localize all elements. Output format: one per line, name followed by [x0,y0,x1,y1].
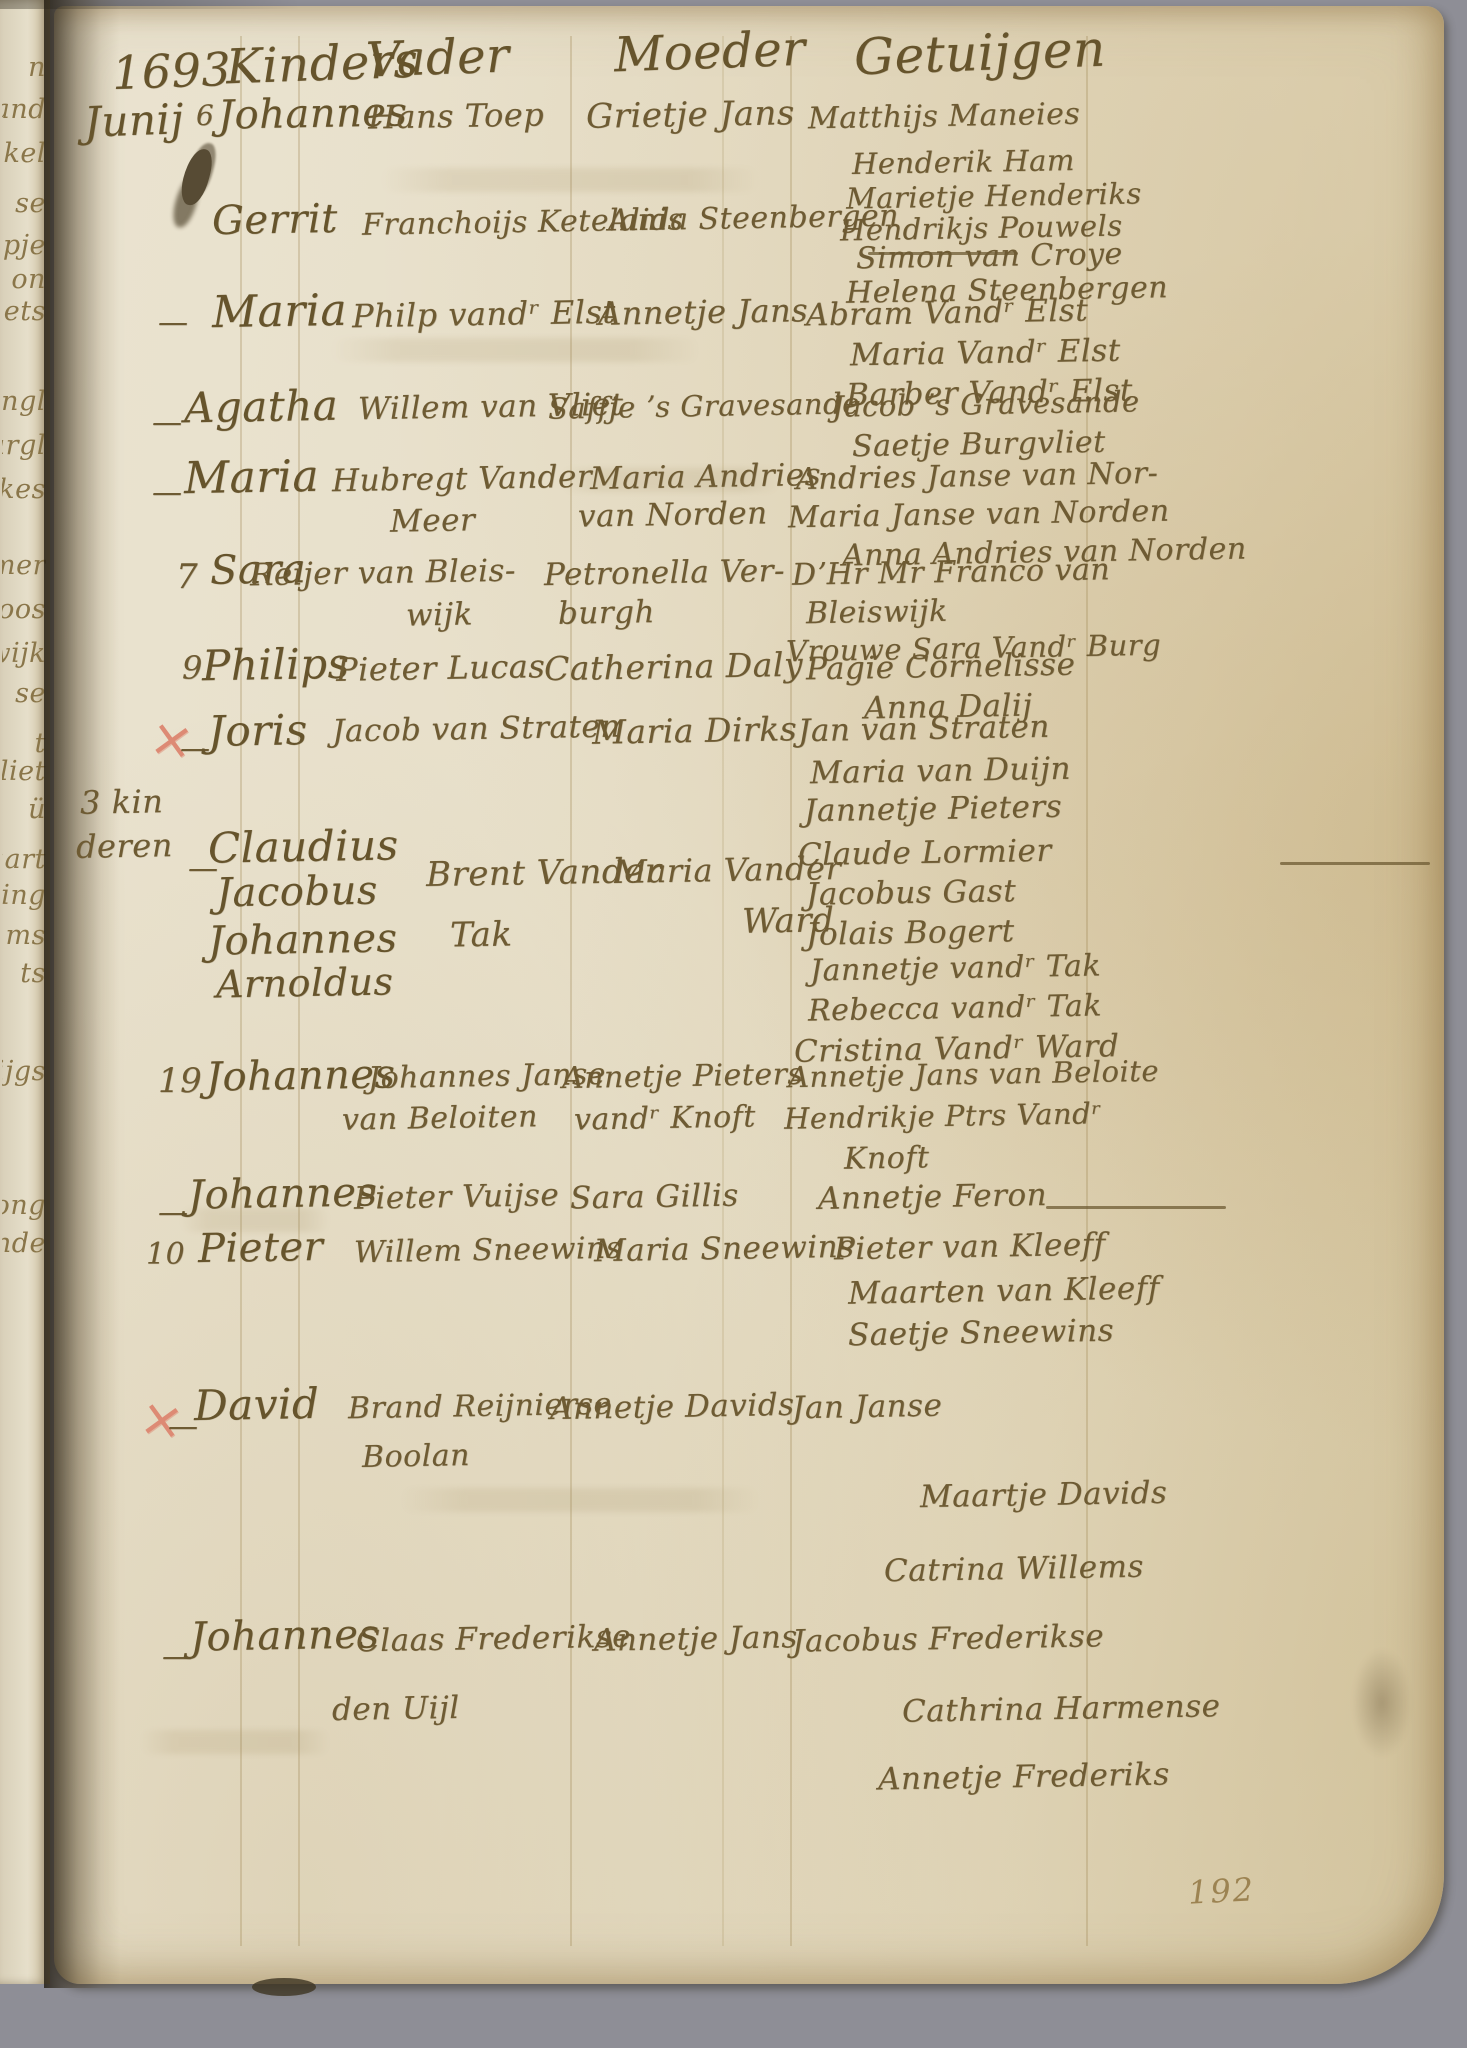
witness-name: Jan van Straten [798,712,1050,747]
father-name: wijk [406,599,473,631]
father-name: Boolan [362,1441,470,1473]
child-name: Maria [212,289,348,335]
witness-name: Jannetje Pieters [804,792,1063,827]
column-header-vader: Vader [365,32,510,85]
father-name: Reijer van Bleis- [250,556,516,592]
witness-name: Maria Janse van Norden [788,497,1170,534]
child-name: Claudius [208,824,399,869]
child-name: Pieter [198,1227,324,1269]
bleed-through [330,338,700,362]
witness-name: Jacob ʼs Gravesande [832,387,1140,421]
father-name: Pieter Vuijse [354,1180,560,1215]
witness-name: Cathrina Harmense [902,1691,1221,1728]
witness-name: Rebecca vandʳ Tak [808,991,1102,1026]
father-name: Jacob van Straten [332,711,621,747]
mother-name: Saffje ʼs Gravesande [548,389,860,423]
witness-name: Pagie Cornelisse [806,650,1076,686]
month-label: Junij [83,98,184,143]
day-dash: — [158,1198,189,1228]
edge-fragment: swinkel [2,138,46,169]
day-number: 10 [146,1240,185,1270]
finger-smudge [1352,1648,1412,1758]
mother-name: Annetje Jans [594,1622,798,1657]
witness-name: Jolais Bogert [806,916,1015,951]
edge-fragment: burgl [2,430,46,461]
edge-fragment: ds Joos [2,594,46,625]
edge-fragment: ringl [2,386,46,417]
mother-name: Sara Gillis [570,1181,739,1215]
column-header-moeder: Moeder [613,25,806,80]
mother-name: van Norden [578,498,768,532]
edge-fragment: Vliet [2,756,46,787]
child-name: Arnoldus [216,962,394,1003]
witness-name: Pieter van Kleeff [834,1230,1106,1266]
edge-fragment: riets [2,296,46,327]
mother-name: vandʳ Knoft [574,1102,756,1135]
witness-name: Andries Janse van Nor- [796,459,1159,495]
witness-name: DʼHr Mr Franco van [792,555,1111,591]
witness-name: Simon van Croye [856,240,1123,275]
witness-name: Catrina Willems [884,1552,1144,1588]
day-number: 19 [158,1064,202,1098]
witness-name: Annetje Feron [818,1180,1048,1215]
edge-fragment: se [2,678,46,709]
binding-gutter [44,0,120,1988]
column-header-getuijgen: Getuijgen [853,24,1106,83]
witness-name: Jacobus Frederikse [792,1621,1105,1657]
mother-name: Annetje Davids [550,1390,795,1425]
edge-fragment: wijk [2,638,46,669]
father-name: Claas Frederikse [356,1622,631,1658]
margin-note: 3 kin [80,785,164,818]
father-name: den Uijl [332,1693,460,1726]
witness-name: Annetje Frederiks [878,1759,1170,1795]
father-name: Tak [450,917,513,952]
day-number: 9 [182,652,203,684]
edge-fragment: and [2,94,46,125]
child-name: Johannes [190,1614,380,1657]
child-name: Johannes [208,918,398,961]
mother-name: Grietje Jans [586,96,795,134]
witness-name: Matthijs Maneies [808,100,1081,135]
edge-fragment: Jong [2,1190,46,1221]
year-label: 1693 [111,46,232,96]
witness-name: Annetje Jans van Beloite [788,1057,1159,1092]
edge-stain [252,1978,316,1996]
witness-name: Maria Vandʳ Elst [850,336,1121,372]
edge-fragment: inde [2,1228,46,1259]
edge-fragment: vaart [2,844,46,875]
edge-fragment: krijgs [2,1056,46,1087]
mother-name: Alida Steenbergen [608,201,899,236]
witness-name: Henderik Ham [852,146,1075,179]
witness-name: Jacobus Gast [806,876,1017,911]
father-name: Meer [390,505,476,537]
day-dash: — [158,308,189,338]
witness-name: Knoft [844,1143,930,1174]
bleed-through [140,1730,330,1754]
witness-name: Hendrikje Ptrs Vandʳ [784,1099,1102,1134]
mother-name: Maria Dirks [592,712,798,749]
previous-page-edge: n and swinkel se umpje on riets ringl bu… [0,0,50,1984]
edge-fragment: t [2,728,46,759]
edge-fragment: nbing [2,880,46,911]
child-name: David [194,1383,320,1427]
witness-name: Abram Vandʳ Elst [806,296,1089,332]
witness-name: Maartje Davids [920,1478,1168,1513]
edge-fragment: ts [2,958,46,989]
mother-name: burgh [558,597,655,630]
binding-edge [0,0,300,9]
edge-fragment: mer [2,550,46,581]
father-name: Willem Sneewins [354,1234,622,1269]
page-number: 192 [1187,1870,1256,1911]
child-name: Jacobus [216,871,378,914]
witness-name: Jan Janse [792,1391,943,1425]
mother-name: Annetje Pieters [562,1060,804,1094]
child-name: Philips [202,643,350,688]
scanned-register-page: n and swinkel se umpje on riets ringl bu… [0,0,1467,2048]
witness-name: Saetje Sneewins [848,1316,1115,1352]
day-dash: — [152,478,183,508]
child-name: Gerrit [212,199,338,241]
pen-stroke [1046,1206,1226,1209]
edge-fragment: skes [2,474,46,505]
father-name: Pieter Lucas [336,650,546,686]
witness-name: Claude Lormier [798,836,1052,871]
pen-stroke [1280,862,1430,865]
witness-name: Maria van Duijn [810,754,1071,790]
day-number: 6 [196,102,215,130]
mother-name: Maria Andries [590,460,821,495]
edge-fragment: umpje [2,230,46,261]
day-dash: — [152,408,183,438]
mother-name: Maria Sneewins [594,1232,855,1268]
edge-fragment: n [2,52,46,83]
edge-fragment: ü [2,794,46,825]
bleed-through [400,1488,760,1512]
father-name: van Beloiten [342,1102,538,1135]
witness-name: Bleiswijk [806,597,948,629]
edge-fragment: on [2,264,46,295]
father-name: Philp vandʳ Elst [352,296,616,333]
day-dash: — [162,1642,193,1672]
day-number: 7 [176,560,198,594]
margin-note: deren [76,829,173,863]
mother-name: Petronella Ver- [544,556,785,591]
father-name: Hubregt Vander [332,462,593,498]
edge-fragment: ms [2,920,46,951]
child-name: Agatha [184,385,339,430]
day-dash: — [180,734,211,764]
witness-name: Jannetje vandʳ Tak [810,951,1101,986]
mother-name: Annetje Jans [598,294,809,330]
child-name: Maria [184,455,320,501]
child-name: Joris [208,709,308,753]
bleed-through [380,168,760,192]
witness-name: Maarten van Kleeff [848,1273,1160,1309]
child-name: Johannes [188,1172,378,1215]
mother-name: Catherina Daly [544,648,804,686]
father-name: Hans Toep [368,98,545,133]
edge-fragment: se [2,188,46,219]
